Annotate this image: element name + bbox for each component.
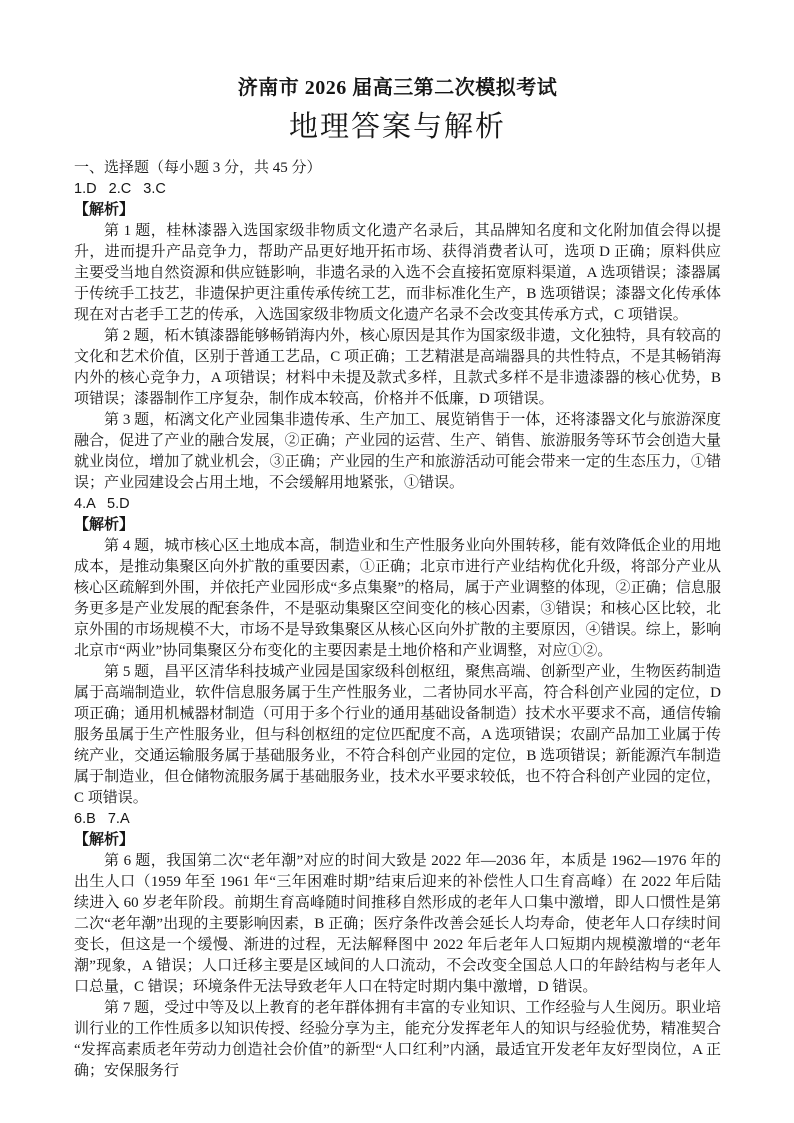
answer-key-q4-q5: 4.A 5.D bbox=[74, 494, 721, 515]
analysis-paragraph-q2: 第 2 题，柘木镇漆器能够畅销海内外，核心原因是其作为国家级非遗，文化独特，具有… bbox=[74, 326, 721, 410]
analysis-paragraph-q3: 第 3 题，柘漓文化产业园集非遗传承、生产加工、展览销售于一体，还将漆器文化与旅… bbox=[74, 410, 721, 494]
answer-key-q6-q7: 6.B 7.A bbox=[74, 809, 721, 830]
analysis-paragraph-q1: 第 1 题，桂林漆器入选国家级非物质文化遗产名录后，其品牌知名度和文化附加值会得… bbox=[74, 221, 721, 326]
analysis-paragraph-q5: 第 5 题，昌平区清华科技城产业园是国家级科创枢纽，聚焦高端、创新型产业，生物医… bbox=[74, 662, 721, 809]
analysis-label-1: 【解析】 bbox=[74, 200, 721, 221]
analysis-label-3: 【解析】 bbox=[74, 830, 721, 851]
document-body: 一、选择题（每小题 3 分，共 45 分） 1.D 2.C 3.C 【解析】 第… bbox=[74, 158, 721, 1082]
analysis-label-2: 【解析】 bbox=[74, 515, 721, 536]
analysis-paragraph-q4: 第 4 题，城市核心区土地成本高，制造业和生产性服务业向外围转移，能有效降低企业… bbox=[74, 536, 721, 662]
answer-key-q1-q3: 1.D 2.C 3.C bbox=[74, 179, 721, 200]
analysis-paragraph-q7-partial: 第 7 题，受过中等及以上教育的老年群体拥有丰富的专业知识、工作经验与人生阅历。… bbox=[74, 998, 721, 1082]
exam-answer-document-page: 济南市 2026 届高三第二次模拟考试 地理答案与解析 一、选择题（每小题 3 … bbox=[0, 0, 794, 1123]
page-subtitle: 地理答案与解析 bbox=[74, 108, 721, 146]
multiple-choice-section-heading: 一、选择题（每小题 3 分，共 45 分） bbox=[74, 158, 721, 179]
page-title: 济南市 2026 届高三第二次模拟考试 bbox=[74, 74, 721, 102]
analysis-paragraph-q6: 第 6 题，我国第二次“老年潮”对应的时间大致是 2022 年—2036 年，本… bbox=[74, 851, 721, 998]
